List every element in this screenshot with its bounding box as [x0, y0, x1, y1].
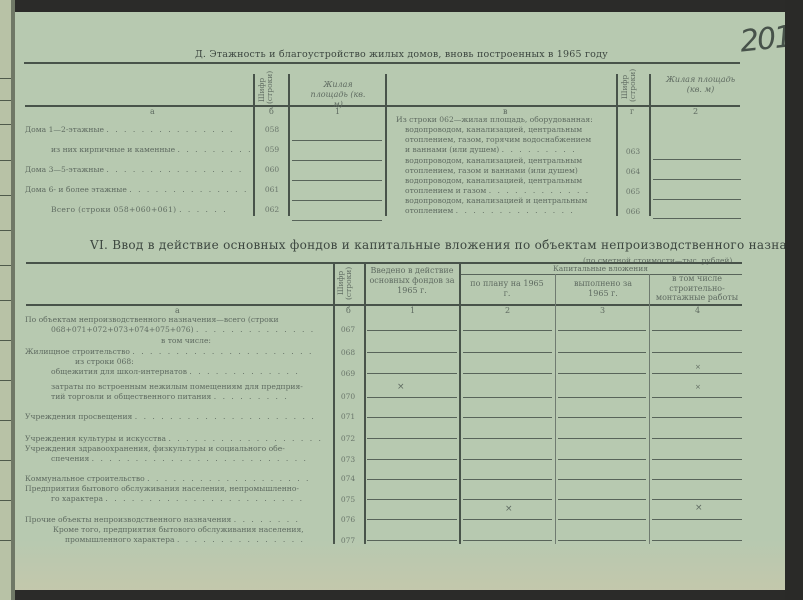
- x-mark-070-col1: ×: [397, 382, 405, 392]
- row-code: 072: [333, 434, 363, 443]
- row-label: отоплением . . . . . . . . . . . . . .: [405, 206, 575, 216]
- row-label: водопроводом, канализацией, центральным: [405, 156, 582, 166]
- col-header-commissioned: Введено в действие основных фондов за 19…: [369, 266, 455, 296]
- row-code: 069: [333, 369, 363, 378]
- divider: [459, 262, 461, 544]
- divider: [649, 74, 651, 216]
- col-header-area: Жилая площадь (кв. м): [305, 80, 371, 110]
- row-code: 059: [257, 145, 287, 154]
- row-code: 063: [618, 147, 648, 156]
- row-label: отоплением, газом и ваннами (или душем): [405, 166, 578, 176]
- input-line[interactable]: [463, 417, 552, 418]
- input-line[interactable]: [367, 330, 457, 331]
- row-label: Учреждения культуры и искусства . . . . …: [25, 434, 323, 444]
- row-label: водопроводом, канализацией и центральным: [405, 196, 587, 206]
- col-header-plan: по плану на 1965 г.: [467, 279, 547, 299]
- row-label: отоплением и газом . . . . . . . . . . .…: [405, 186, 590, 196]
- row-label: Учреждения просвещения . . . . . . . . .…: [25, 412, 316, 422]
- row-code: 077: [333, 536, 363, 545]
- row-label: отоплением, газом, горячим водоснабжение…: [405, 135, 591, 145]
- input-line[interactable]: [463, 459, 552, 460]
- input-line[interactable]: [652, 499, 742, 500]
- input-line[interactable]: [558, 397, 646, 398]
- input-line[interactable]: [652, 352, 742, 353]
- input-line[interactable]: [558, 438, 646, 439]
- row-label: Коммунальное строительство . . . . . . .…: [25, 474, 310, 484]
- row-code: 061: [257, 185, 287, 194]
- row-label: из них кирпичные и каменные . . . . . . …: [51, 145, 253, 155]
- divider: [385, 74, 387, 216]
- row-code: 062: [257, 205, 287, 214]
- input-line-060[interactable]: [292, 180, 382, 181]
- col-header-done: выполнено за 1965 г.: [563, 279, 643, 299]
- input-line[interactable]: [558, 459, 646, 460]
- row-label: Прочие объекты непроизводственного назна…: [25, 515, 300, 525]
- row-code: 060: [257, 165, 287, 174]
- input-line-058[interactable]: [292, 140, 382, 141]
- divider: [364, 262, 366, 544]
- row-label: из строки 068:: [75, 357, 134, 367]
- row-code: 068: [333, 348, 363, 357]
- x-mark-070-col4: ×: [695, 383, 701, 391]
- input-line-063[interactable]: [653, 159, 741, 160]
- input-line[interactable]: [558, 499, 646, 500]
- col-header-area: Жилая площадь (кв. м): [663, 75, 738, 95]
- row-code: 071: [333, 412, 363, 421]
- row-code: 076: [333, 515, 363, 524]
- row-label: и ваннами (или душем) . . . . . . . . .: [405, 145, 577, 155]
- input-line[interactable]: [558, 373, 646, 374]
- table-vi-header-rule: [26, 304, 742, 306]
- input-line-062[interactable]: [292, 220, 382, 221]
- col-header-code: Шифр (строки): [621, 72, 645, 102]
- input-line[interactable]: [558, 540, 646, 541]
- x-mark-069-col4: ×: [695, 363, 701, 371]
- input-line-059[interactable]: [292, 160, 382, 161]
- input-line[interactable]: [652, 438, 742, 439]
- col-index: б: [269, 107, 274, 116]
- row-label: промышленного характера . . . . . . . . …: [65, 535, 305, 545]
- row-label: Жилищное строительство . . . . . . . . .…: [25, 347, 313, 357]
- row-label: в том числе:: [161, 336, 211, 346]
- input-line-065[interactable]: [653, 199, 741, 200]
- row-label: 068+071+072+073+074+075+076) . . . . . .…: [51, 325, 315, 335]
- row-code: 067: [333, 325, 363, 334]
- input-line[interactable]: [652, 540, 742, 541]
- row-label: тий торговли и общественного питания . .…: [51, 392, 289, 402]
- input-line[interactable]: [558, 330, 646, 331]
- col-index: б: [346, 306, 351, 315]
- section-vi-title: VI. Ввод в действие основных фондов и ка…: [90, 238, 803, 252]
- row-label: По объектам непроизводственного назначен…: [25, 315, 279, 325]
- row-label: Дома 6- и более этажные . . . . . . . . …: [25, 185, 248, 195]
- input-line[interactable]: [463, 479, 552, 480]
- row-label: Дома 3—5-этажные . . . . . . . . . . . .…: [25, 165, 243, 175]
- divider: [649, 274, 650, 544]
- input-line[interactable]: [558, 479, 646, 480]
- input-line[interactable]: [463, 499, 552, 500]
- x-mark-076-col4: ×: [695, 503, 703, 513]
- input-line[interactable]: [367, 519, 457, 520]
- col-index: 2: [693, 107, 698, 116]
- row-code: 065: [618, 187, 648, 196]
- row-label: общежития для школ-интернатов . . . . . …: [51, 367, 300, 377]
- row-label: Всего (строки 058+060+061) . . . . . .: [51, 205, 228, 215]
- col-index: 3: [600, 306, 605, 315]
- input-line[interactable]: [367, 438, 457, 439]
- row-code: 073: [333, 455, 363, 464]
- input-line[interactable]: [463, 519, 552, 520]
- col-header-construction: в том числе строительно-монтажные работы: [653, 274, 741, 303]
- col-index: 1: [335, 107, 340, 116]
- col-index: а: [150, 107, 155, 116]
- input-line[interactable]: [652, 519, 742, 520]
- row-label: водопроводом, канализацией, центральным: [405, 125, 582, 135]
- input-line[interactable]: [652, 417, 742, 418]
- row-label: затраты по встроенным нежилым помещениям…: [51, 382, 303, 392]
- col-index: 2: [505, 306, 510, 315]
- input-line[interactable]: [652, 397, 742, 398]
- col-index: а: [175, 306, 180, 315]
- input-line[interactable]: [463, 540, 552, 541]
- divider: [555, 274, 556, 544]
- input-line[interactable]: [463, 438, 552, 439]
- col-header-capital-investments: Капитальные вложения: [459, 264, 742, 273]
- row-code: 066: [618, 207, 648, 216]
- divider: [288, 74, 290, 216]
- row-code: 074: [333, 474, 363, 483]
- col-header-code: Шифр (строки): [258, 76, 282, 104]
- row-label: водопроводом, канализацией, центральным: [405, 176, 582, 186]
- input-line-066[interactable]: [653, 218, 741, 219]
- input-line-061[interactable]: [292, 200, 382, 201]
- input-line[interactable]: [367, 459, 457, 460]
- row-code: 058: [257, 125, 287, 134]
- input-line[interactable]: [367, 397, 457, 398]
- input-line[interactable]: [367, 373, 457, 374]
- input-line[interactable]: [463, 373, 552, 374]
- input-line[interactable]: [463, 352, 552, 353]
- row-code: 070: [333, 392, 363, 401]
- input-line[interactable]: [463, 397, 552, 398]
- intro-label: Из строки 062—жилая площадь, оборудованн…: [396, 115, 593, 125]
- input-line-064[interactable]: [653, 179, 741, 180]
- input-line[interactable]: [652, 330, 742, 331]
- col-index: 1: [410, 306, 415, 315]
- section-d-title: Д. Этажность и благоустройство жилых дом…: [195, 49, 608, 60]
- scan-background: [785, 0, 803, 600]
- table-d-top-rule: [24, 62, 740, 64]
- row-label: спечения . . . . . . . . . . . . . . . .…: [51, 454, 308, 464]
- row-label: Дома 1—2-этажные . . . . . . . . . . . .…: [25, 125, 234, 135]
- row-code: 064: [618, 167, 648, 176]
- input-line[interactable]: [367, 540, 457, 541]
- row-label: Учреждения здравоохранения, физкультуры …: [25, 444, 285, 454]
- input-line[interactable]: [367, 352, 457, 353]
- input-line[interactable]: [367, 499, 457, 500]
- input-line[interactable]: [558, 352, 646, 353]
- input-line[interactable]: [558, 417, 646, 418]
- input-line[interactable]: [367, 417, 457, 418]
- x-mark-076-col2: ×: [505, 504, 513, 514]
- input-line[interactable]: [558, 519, 646, 520]
- input-line[interactable]: [367, 479, 457, 480]
- col-index: 4: [695, 306, 700, 315]
- divider: [253, 74, 255, 216]
- row-label: Кроме того, предприятия бытового обслужи…: [53, 525, 304, 535]
- col-index: г: [630, 107, 634, 116]
- col-header-code: Шифр (строки): [337, 264, 361, 302]
- document-page: 201 Д. Этажность и благоустройство жилых…: [15, 12, 785, 590]
- row-code: 075: [333, 495, 363, 504]
- input-line[interactable]: [652, 479, 742, 480]
- input-line[interactable]: [652, 373, 742, 374]
- input-line[interactable]: [652, 459, 742, 460]
- row-label: го характера . . . . . . . . . . . . . .…: [51, 494, 304, 504]
- input-line[interactable]: [463, 330, 552, 331]
- row-label: Предприятия бытового обслуживания населе…: [25, 484, 299, 494]
